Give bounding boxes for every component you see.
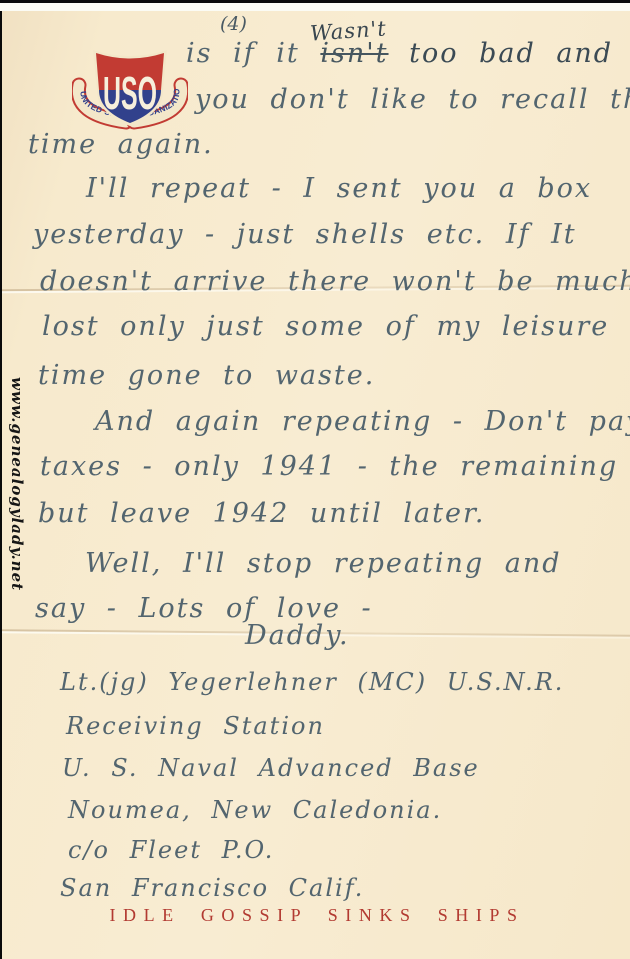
- handwriting-line: lost only just some of my leisure: [42, 312, 609, 342]
- address-line: Lt.(jg) Yegerlehner (MC) U.S.N.R.: [60, 669, 564, 695]
- letter-paper: UNITED SERVICE ORGANIZATIONS USO (4) Was…: [2, 11, 630, 959]
- handwriting-line: is if it isn't too bad and: [186, 39, 613, 69]
- address-line: Receiving Station: [66, 713, 325, 739]
- handwriting-line: time gone to waste.: [38, 361, 375, 391]
- uso-acronym: USO: [103, 67, 157, 119]
- address-line: Noumea, New Caledonia.: [68, 797, 442, 823]
- handwriting-line: you don't like to recall the: [195, 85, 630, 115]
- handwriting-line: yesterday - just shells etc. If It: [33, 220, 577, 250]
- handwriting-line: I'll repeat - I sent you a box: [86, 174, 592, 204]
- uso-logo: UNITED SERVICE ORGANIZATIONS USO: [72, 45, 188, 133]
- page-number: (4): [220, 13, 247, 35]
- address-line: San Francisco Calif.: [60, 875, 364, 901]
- handwriting-line: but leave 1942 until later.: [38, 499, 486, 529]
- handwriting-line: Well, I'll stop repeating and: [85, 549, 562, 579]
- signature: Daddy.: [245, 621, 350, 651]
- watermark-url: www.genealogylady.net: [8, 377, 26, 591]
- printed-slogan: IDLE GOSSIP SINKS SHIPS: [2, 905, 630, 926]
- handwriting-line: doesn't arrive there won't be much: [40, 267, 630, 297]
- handwriting-line: time again.: [28, 130, 214, 160]
- address-line: U. S. Naval Advanced Base: [62, 755, 480, 781]
- scanned-letter-page: UNITED SERVICE ORGANIZATIONS USO (4) Was…: [0, 0, 630, 959]
- line1-post: too bad and: [409, 38, 613, 69]
- handwriting-line: And again repeating - Don't pay the: [95, 407, 630, 437]
- uso-logo-graphic: UNITED SERVICE ORGANIZATIONS USO: [72, 45, 188, 133]
- handwriting-line: taxes - only 1941 - the remaining instal…: [40, 452, 630, 482]
- line1-struck-word: isn't: [320, 38, 388, 69]
- line1-pre: is if it: [186, 38, 300, 69]
- scan-edge-strip: [0, 3, 630, 11]
- address-line: c/o Fleet P.O.: [68, 837, 274, 863]
